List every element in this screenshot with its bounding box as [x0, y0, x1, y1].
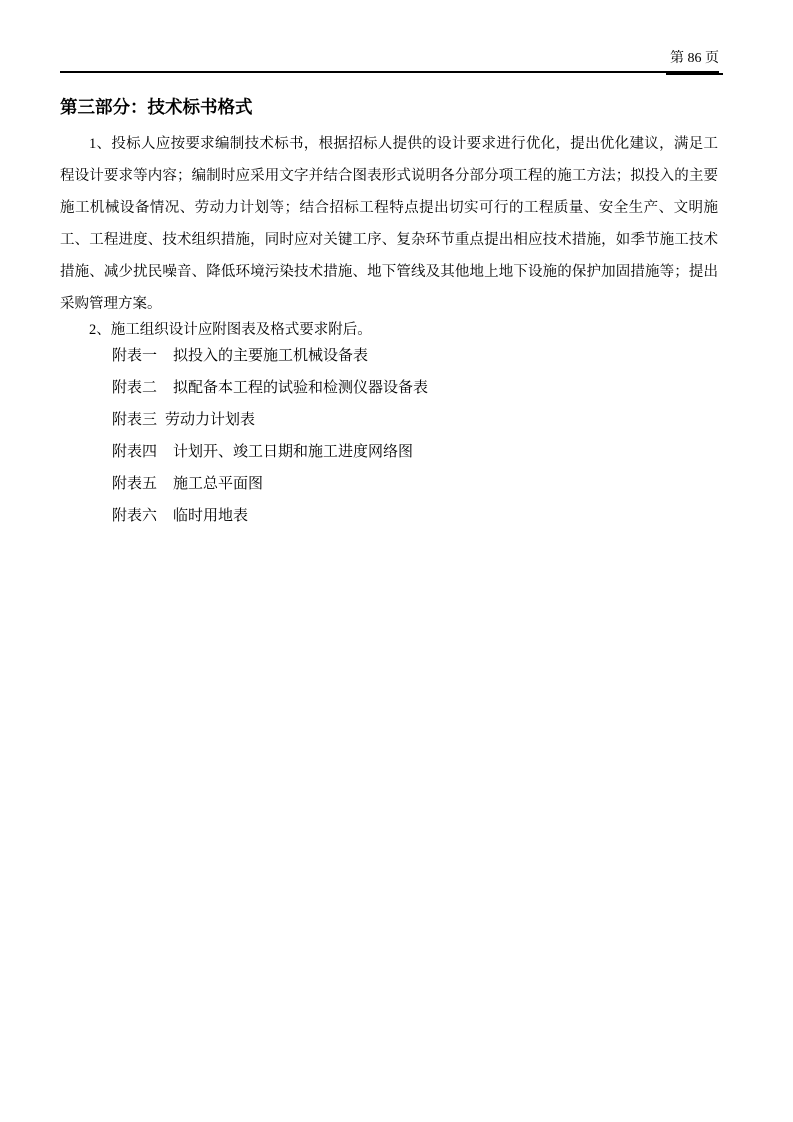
page-header: 第 86 页	[60, 50, 719, 73]
appendix-item-3: 附表三 劳动力计划表	[112, 404, 428, 436]
appendix-title: 计划开、竣工日期和施工进度网络图	[173, 436, 413, 468]
appendix-label: 附表六	[112, 500, 157, 532]
appendix-title: 拟配备本工程的试验和检测仪器设备表	[173, 372, 428, 404]
appendix-item-2: 附表二 拟配备本工程的试验和检测仪器设备表	[112, 372, 428, 404]
appendix-table-list: 附表一 拟投入的主要施工机械设备表 附表二 拟配备本工程的试验和检测仪器设备表 …	[112, 340, 428, 532]
appendix-title: 临时用地表	[173, 500, 248, 532]
appendix-label: 附表二	[112, 372, 157, 404]
appendix-title: 拟投入的主要施工机械设备表	[173, 340, 368, 372]
appendix-item-5: 附表五 施工总平面图	[112, 468, 428, 500]
appendix-label: 附表五	[112, 468, 157, 500]
appendix-label: 附表一	[112, 340, 157, 372]
appendix-label: 附表四	[112, 436, 157, 468]
document-page: 第 86 页 第三部分：技术标书格式 1、投标人应按要求编制技术标书，根据招标人…	[0, 0, 793, 1122]
appendix-item-6: 附表六 临时用地表	[112, 500, 428, 532]
appendix-item-4: 附表四 计划开、竣工日期和施工进度网络图	[112, 436, 428, 468]
appendix-title: 施工总平面图	[173, 468, 263, 500]
page-number: 第 86 页	[666, 50, 723, 75]
appendix-label: 附表三	[112, 404, 157, 436]
appendix-item-1: 附表一 拟投入的主要施工机械设备表	[112, 340, 428, 372]
section-title: 第三部分：技术标书格式	[60, 94, 253, 119]
appendix-title: 劳动力计划表	[165, 404, 255, 436]
paragraph-technical-bid-requirements: 1、投标人应按要求编制技术标书，根据招标人提供的设计要求进行优化，提出优化建议，…	[60, 128, 718, 320]
